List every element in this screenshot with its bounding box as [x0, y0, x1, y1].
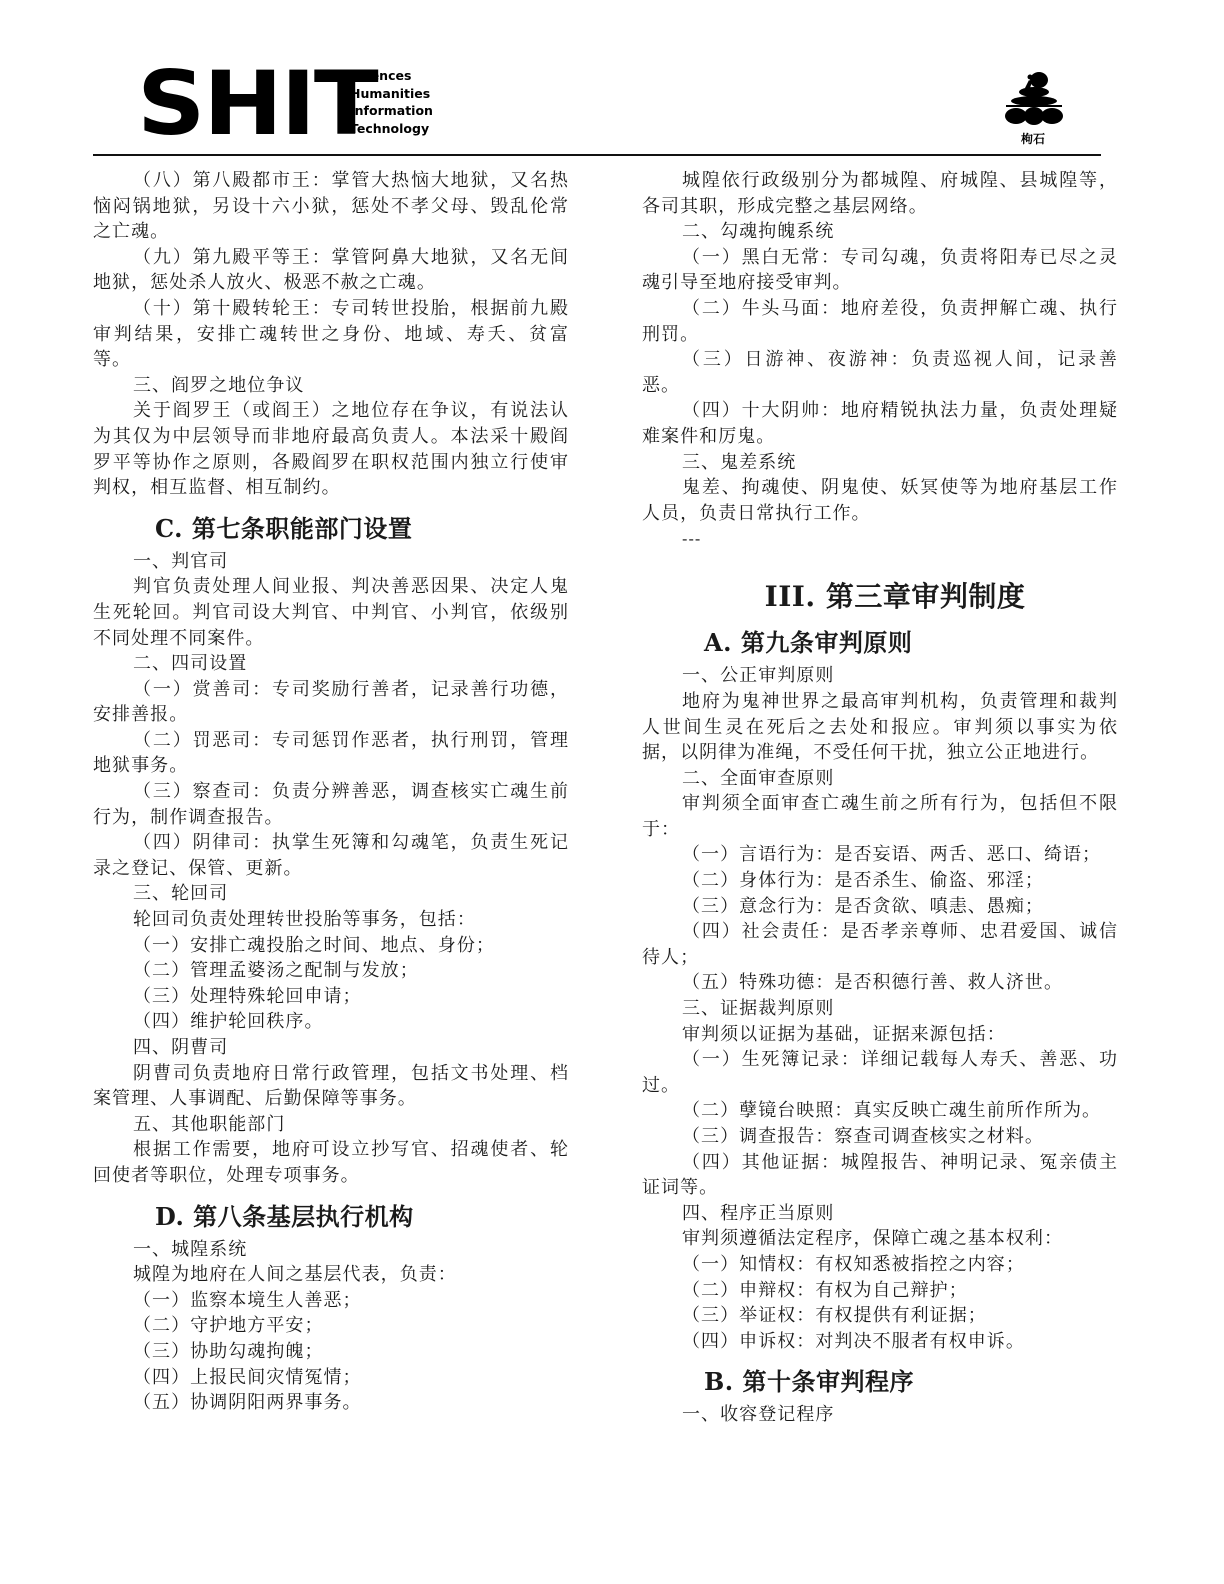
- seal-label: 枸石: [1003, 130, 1063, 147]
- paragraph: 阴曹司负责地府日常行政管理，包括文书处理、档案管理、人事调配、后勤保障等事务。: [93, 1061, 569, 1112]
- paragraph: （三）调查报告：察查司调查核实之材料。: [642, 1124, 1118, 1150]
- paragraph: 二、全面审查原则: [642, 766, 1118, 792]
- left-column: （八）第八殿都市王：掌管大热恼大地狱，又名热恼闷锅地狱，另设十六小狱，惩处不孝父…: [93, 168, 569, 1416]
- paragraph: 四、程序正当原则: [642, 1201, 1118, 1227]
- article-heading: A. 第九条审判原则: [642, 627, 1118, 659]
- logo-word: Information: [350, 102, 433, 120]
- paragraph: （十）第十殿转轮王：专司转世投胎，根据前九殿审判结果，安排亡魂转世之身份、地域、…: [93, 296, 569, 373]
- paragraph: 二、四司设置: [93, 651, 569, 677]
- paragraph: （二）管理孟婆汤之配制与发放；: [93, 958, 569, 984]
- paragraph: （二）申辩权：有权为自己辩护；: [642, 1278, 1118, 1304]
- paragraph: （三）协助勾魂拘魄；: [93, 1339, 569, 1365]
- paragraph: 审判须遵循法定程序，保障亡魂之基本权利：: [642, 1226, 1118, 1252]
- paragraph: （四）申诉权：对判决不服者有权申诉。: [642, 1329, 1118, 1355]
- paragraph: 关于阎罗王（或阎王）之地位存在争议，有说法认为其仅为中层领导而非地府最高负责人。…: [93, 398, 569, 500]
- paragraph: 五、其他职能部门: [93, 1112, 569, 1138]
- paragraph: 轮回司负责处理转世投胎等事务，包括：: [93, 907, 569, 933]
- paragraph: （三）意念行为：是否贪欲、嗔恚、愚痴；: [642, 894, 1118, 920]
- article-heading: D. 第八条基层执行机构: [93, 1201, 569, 1233]
- paragraph: 一、判官司: [93, 549, 569, 575]
- paragraph: （四）其他证据：城隍报告、神明记录、冤亲债主证词等。: [642, 1150, 1118, 1201]
- paragraph: （四）社会责任：是否孝亲尊师、忠君爱国、诚信待人；: [642, 919, 1118, 970]
- page-header: SHIT Sciences Humanities Information Tec…: [93, 60, 1101, 156]
- paragraph: 二、勾魂拘魄系统: [642, 219, 1118, 245]
- paragraph: （三）察查司：负责分辨善恶，调查核实亡魂生前行为，制作调查报告。: [93, 779, 569, 830]
- paragraph: （二）身体行为：是否杀生、偷盗、邪淫；: [642, 868, 1118, 894]
- paragraph: （四）十大阴帅：地府精锐执法力量，负责处理疑难案件和厉鬼。: [642, 398, 1118, 449]
- paragraph: 审判须全面审查亡魂生前之所有行为，包括但不限于：: [642, 791, 1118, 842]
- paragraph: （一）黑白无常：专司勾魂，负责将阳寿已尽之灵魂引导至地府接受审判。: [642, 245, 1118, 296]
- paragraph: 三、证据裁判原则: [642, 996, 1118, 1022]
- article-heading: C. 第七条职能部门设置: [93, 513, 569, 545]
- paragraph: 城隍为地府在人间之基层代表，负责：: [93, 1262, 569, 1288]
- paragraph: 根据工作需要，地府可设立抄写官、招魂使者、轮回使者等职位，处理专项事务。: [93, 1137, 569, 1188]
- logo-word: Sciences: [350, 67, 433, 85]
- paragraph: 一、城隍系统: [93, 1237, 569, 1263]
- paragraph: 判官负责处理人间业报、判决善恶因果、决定人鬼生死轮回。判官司设大判官、中判官、小…: [93, 574, 569, 651]
- paragraph: （四）维护轮回秩序。: [93, 1009, 569, 1035]
- logo-word: Humanities: [350, 85, 433, 103]
- paragraph: （四）上报民间灾情冤情；: [93, 1365, 569, 1391]
- paragraph: （一）知情权：有权知悉被指控之内容；: [642, 1252, 1118, 1278]
- logo-subtitle: Sciences Humanities Information Technolo…: [350, 67, 433, 137]
- paragraph: （四）阴律司：执掌生死簿和勾魂笔，负责生死记录之登记、保管、更新。: [93, 830, 569, 881]
- paragraph: （九）第九殿平等王：掌管阿鼻大地狱，又名无间地狱，惩处杀人放火、极恶不赦之亡魂。: [93, 245, 569, 296]
- paragraph: 四、阴曹司: [93, 1035, 569, 1061]
- article-heading: B. 第十条审判程序: [642, 1366, 1118, 1398]
- paragraph: 一、公正审判原则: [642, 663, 1118, 689]
- paragraph: 审判须以证据为基础，证据来源包括：: [642, 1022, 1118, 1048]
- paragraph: （五）协调阴阳两界事务。: [93, 1390, 569, 1416]
- stone-pile-logo: 枸石: [1003, 68, 1073, 148]
- chapter-heading: III. 第三章审判制度: [642, 579, 1118, 615]
- paragraph: （二）牛头马面：地府差役，负责押解亡魂、执行刑罚。: [642, 296, 1118, 347]
- paragraph: 城隍依行政级别分为都城隍、府城隍、县城隍等，各司其职，形成完整之基层网络。: [642, 168, 1118, 219]
- logo-word: Technology: [350, 120, 433, 138]
- paragraph: （五）特殊功德：是否积德行善、救人济世。: [642, 970, 1118, 996]
- paragraph: （三）处理特殊轮回申请；: [93, 984, 569, 1010]
- paragraph: （一）监察本境生人善恶；: [93, 1288, 569, 1314]
- paragraph: （八）第八殿都市王：掌管大热恼大地狱，又名热恼闷锅地狱，另设十六小狱，惩处不孝父…: [93, 168, 569, 245]
- paragraph: （一）安排亡魂投胎之时间、地点、身份；: [93, 933, 569, 959]
- paragraph: （二）罚恶司：专司惩罚作恶者，执行刑罚，管理地狱事务。: [93, 728, 569, 779]
- paragraph: 三、轮回司: [93, 881, 569, 907]
- paragraph: （一）言语行为：是否妄语、两舌、恶口、绮语；: [642, 842, 1118, 868]
- paragraph: 三、阎罗之地位争议: [93, 373, 569, 399]
- paragraph: （一）生死簿记录：详细记载每人寿夭、善恶、功过。: [642, 1047, 1118, 1098]
- paragraph: （二）孽镜台映照：真实反映亡魂生前所作所为。: [642, 1098, 1118, 1124]
- paragraph: 地府为鬼神世界之最高审判机构，负责管理和裁判人世间生灵在死后之去处和报应。审判须…: [642, 689, 1118, 766]
- paragraph: 鬼差、拘魂使、阴鬼使、妖冥使等为地府基层工作人员，负责日常执行工作。: [642, 475, 1118, 526]
- paragraph: 一、收容登记程序: [642, 1402, 1118, 1428]
- stone-pile-icon: [1003, 68, 1065, 130]
- paragraph: （三）日游神、夜游神：负责巡视人间，记录善恶。: [642, 347, 1118, 398]
- paragraph: （二）守护地方平安；: [93, 1313, 569, 1339]
- header-divider: [93, 154, 1101, 156]
- paragraph: （三）举证权：有权提供有利证据；: [642, 1303, 1118, 1329]
- right-column: 城隍依行政级别分为都城隍、府城隍、县城隍等，各司其职，形成完整之基层网络。二、勾…: [642, 168, 1118, 1428]
- text-separator: ---: [642, 526, 1118, 551]
- paragraph: （一）赏善司：专司奖励行善者，记录善行功德，安排善报。: [93, 677, 569, 728]
- paragraph: 三、鬼差系统: [642, 450, 1118, 476]
- logo-wordmark: SHIT: [137, 60, 377, 148]
